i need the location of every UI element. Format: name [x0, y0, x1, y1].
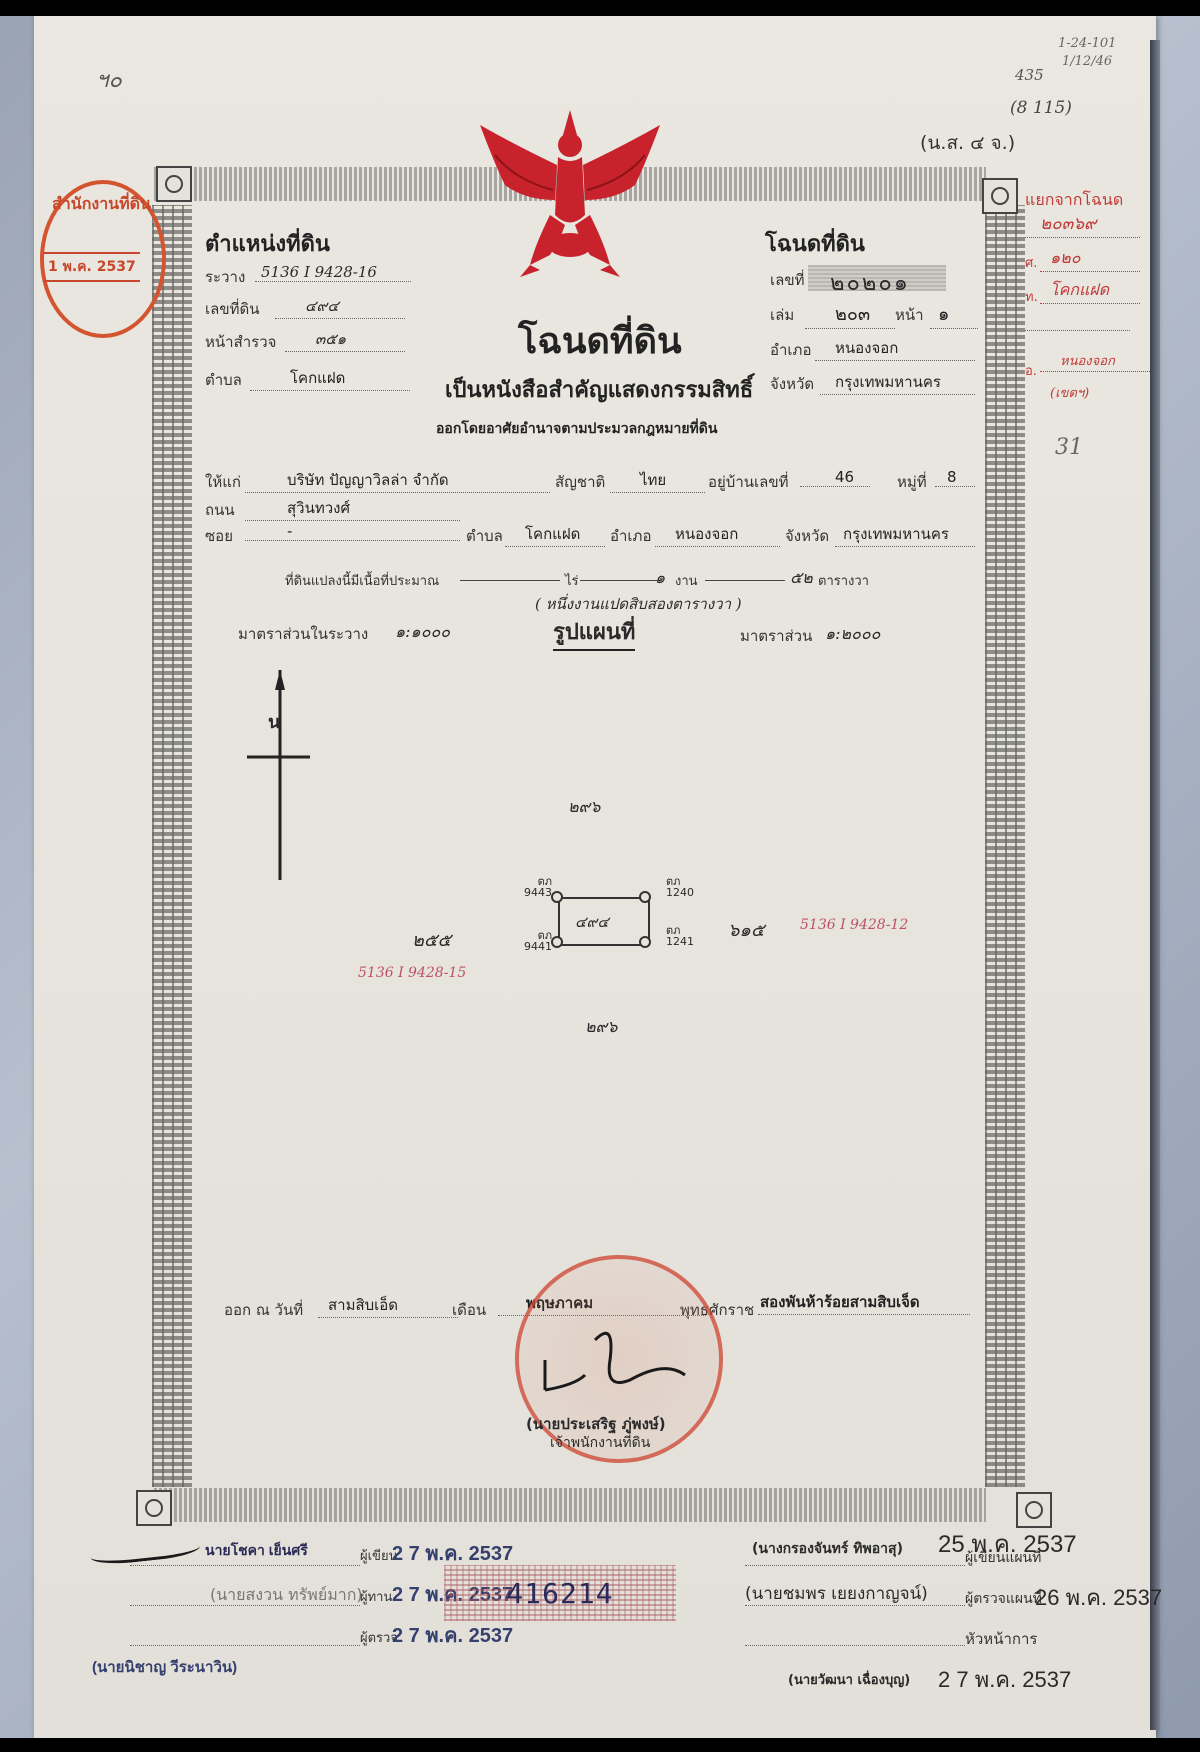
map-inspector-line	[745, 1605, 965, 1606]
stamp-top-text: สำนักงานที่ดิน	[52, 192, 151, 217]
top-right-note-1: 1-24-101	[1058, 36, 1116, 51]
sheet-scale-value: ๑:๑๐๐๐	[395, 620, 450, 645]
reviewer-line	[130, 1605, 360, 1606]
grant-to-label: ให้แก่	[205, 470, 241, 494]
land-position-heading: ตำแหน่งที่ดิน	[205, 226, 330, 261]
soi-value: -	[245, 522, 460, 541]
map-inspector-role: ผู้ตรวจแผนที่	[965, 1588, 1042, 1610]
field-label-survey-page: หน้าสำรวจ	[205, 330, 276, 354]
rai-label: ไร่	[565, 570, 579, 591]
tambon-label: ตำบล	[466, 524, 503, 548]
province-label: จังหวัด	[770, 372, 814, 396]
house-no-label: อยู่บ้านเลขที่	[708, 470, 788, 494]
north-arrow-icon	[245, 665, 315, 885]
road-label: ถนน	[205, 498, 235, 522]
ngan-label: งาน	[675, 570, 698, 591]
province-owner-value: กรุงเทพมหานคร	[835, 522, 975, 547]
corner-ornament-icon	[156, 166, 192, 202]
deed-no-label: เลขที่	[770, 268, 804, 292]
amphoe-owner-label: อำเภอ	[610, 524, 651, 548]
amphoe-label: อำเภอ	[770, 338, 811, 362]
ref-west: 5136 I 9428-15	[358, 965, 466, 981]
issued-under-law: ออกโดยอาศัยอำนาจตามประมวลกฎหมายที่ดิน	[436, 418, 717, 440]
boundary-pin-icon	[639, 891, 651, 903]
house-no-value: 46	[800, 468, 870, 487]
issued-on-label: ออก ณ วันที่	[224, 1298, 303, 1322]
volume-label: เล่ม	[770, 303, 794, 327]
split-from-label-2: ท.	[1025, 286, 1038, 307]
ref-east: 5136 I 9428-12	[800, 917, 908, 933]
boundary-pin-icon	[639, 936, 651, 948]
reviewer-role: ผู้ทาน	[360, 1586, 392, 1607]
map-scale-value: ๑:๒๐๐๐	[825, 622, 880, 647]
map-title: รูปแผนที่	[553, 614, 635, 651]
split-from-value-1: ๑๒๐	[1040, 246, 1140, 272]
map-scale-label: มาตราส่วน	[740, 624, 812, 648]
area-in-words: ( หนึ่งงานแปดสิบสองตารางวา )	[535, 592, 742, 616]
field-value-survey-page: ๓๕๑	[285, 327, 405, 352]
field-label-tambon: ตำบล	[205, 368, 242, 392]
parcel-number: ๔๙๔	[575, 910, 609, 934]
amphoe-value: หนองจอก	[815, 336, 975, 361]
page-value: ๑	[930, 299, 978, 329]
ngan-value: ๑	[655, 566, 665, 591]
chief-line	[745, 1645, 965, 1646]
amphoe-owner-value: หนองจอก	[655, 522, 780, 547]
nationality-label: สัญชาติ	[555, 470, 605, 494]
pin-label-ne: ตภ1240	[666, 876, 694, 898]
split-from-label-4: อ.	[1025, 360, 1037, 381]
nationality-value: ไทย	[610, 468, 705, 493]
border-right-pattern	[985, 205, 1025, 1487]
split-from-deed-no: ๒๐๓๖๙	[1025, 210, 1140, 238]
boundary-pin-icon	[551, 891, 563, 903]
neighbor-north: ๒๙๖	[568, 795, 600, 820]
document-title: โฉนดที่ดิน	[518, 312, 682, 369]
land-office-stamp: สำนักงานที่ดิน 1 พ.ค. 2537	[40, 180, 166, 338]
pin-label-nw: ตภ9443	[524, 876, 552, 898]
wa-value: ๕๒	[790, 566, 813, 591]
neighbor-south: ๒๙๖	[585, 1015, 617, 1040]
top-right-number: 435	[1015, 66, 1044, 84]
field-label-sheet: ระวาง	[205, 265, 245, 289]
issue-day: สามสิบเอ็ด	[318, 1293, 458, 1318]
writer-line	[130, 1565, 360, 1566]
boundary-pin-icon	[551, 936, 563, 948]
paper-shadow-edge	[1150, 40, 1160, 1730]
top-right-note-2: 1/12/46	[1062, 54, 1112, 69]
officer-title: เจ้าพนักงานที่ดิน	[550, 1432, 650, 1454]
deed-heading: โฉนดที่ดิน	[765, 226, 865, 261]
map-inspector-name: (นายชมพร เยยงกาญจน์)	[745, 1580, 928, 1607]
road-value: สุวินทวงศ์	[245, 496, 460, 521]
garuda-emblem-icon	[475, 105, 665, 280]
split-from-value-4: หนองจอก	[1040, 350, 1150, 372]
province-value: กรุงเทพมหานคร	[820, 370, 975, 395]
document-subtitle: เป็นหนังสือสำคัญแสดงกรรมสิทธิ์	[445, 372, 753, 407]
corner-ornament-icon	[136, 1490, 172, 1526]
stamp-date: 1 พ.ค. 2537	[44, 252, 140, 282]
split-from-value-5: (เขตฯ)	[1050, 382, 1089, 403]
map-writer-name: (นางกรองจันทร์ ทิพอาสุ)	[752, 1538, 903, 1560]
field-label-parcel-no: เลขที่ดิน	[205, 297, 259, 321]
field-value-sheet: 5136 I 9428-16	[255, 263, 411, 282]
issue-year: สองพันห้าร้อยสามสิบเจ็ด	[758, 1290, 970, 1315]
area-prefix: ที่ดินแปลงนี้มีเนื้อที่ประมาณ	[285, 570, 439, 591]
map-writer-role: ผู้เขียนแผนที่	[965, 1547, 1041, 1569]
north-label: น	[268, 707, 280, 736]
top-left-note: ฯ๐	[96, 62, 122, 97]
province-owner-label: จังหวัด	[785, 524, 829, 548]
corner-ornament-icon	[982, 178, 1018, 214]
split-from-value-2: โคกแฝด	[1040, 278, 1140, 304]
inspector-line	[130, 1645, 360, 1646]
officer-signature	[535, 1320, 715, 1400]
form-code: (น.ส. ๔ จ.)	[920, 128, 1015, 158]
deed-no-value: ๒๐๒๐๑	[808, 265, 946, 291]
rai-line	[460, 580, 560, 581]
moo-value: 8	[935, 468, 975, 487]
grant-to-value: บริษัท ปัญญาวิลล่า จำกัด	[245, 468, 550, 493]
border-left-pattern	[152, 205, 192, 1487]
inspector-date: 2 7 พ.ค. 2537	[392, 1619, 513, 1651]
page-label: หน้า	[895, 303, 924, 327]
border-bottom-pattern	[154, 1488, 986, 1522]
moo-label: หมู่ที่	[897, 470, 927, 494]
chief-role: หัวหน้าการ	[965, 1627, 1037, 1651]
map-inspector-date: 26 พ.ค. 2537	[1035, 1580, 1162, 1615]
serial-number: 416214	[444, 1565, 676, 1621]
pin-label-se: ตภ1241	[666, 925, 694, 947]
map-writer-line	[745, 1565, 965, 1566]
wa-label: ตารางวา	[818, 570, 869, 591]
volume-value: ๒๐๓	[805, 299, 895, 329]
wa-line	[705, 580, 785, 581]
chief-name: (นายวัฒนา เฉื่องบุญ)	[788, 1669, 910, 1690]
writer-name: นายโชคา เย็นศรี	[205, 1540, 308, 1562]
split-from-label-1: ศ.	[1025, 252, 1037, 273]
pin-label-sw: ตภ9441	[524, 930, 552, 952]
inspector-name: (นายนิชาญ วีระนาวิน)	[92, 1655, 237, 1679]
split-from-blank-line	[1025, 330, 1130, 331]
field-value-parcel-no: ๔๙๔	[275, 294, 405, 319]
field-value-tambon: โคกแฝด	[250, 366, 410, 391]
sheet-scale-label: มาตราส่วนในระวาง	[238, 622, 368, 646]
margin-number: 31	[1055, 435, 1083, 460]
neighbor-east: ๖๑๕	[728, 915, 764, 944]
tambon-value: โคกแฝด	[505, 522, 605, 547]
soi-label: ซอย	[205, 524, 233, 548]
top-right-code: (8 115)	[1010, 98, 1072, 118]
corner-ornament-icon	[1016, 1492, 1052, 1528]
ngan-line	[580, 580, 660, 581]
chief-date: 2 7 พ.ค. 2537	[938, 1662, 1071, 1697]
month-label: เดือน	[452, 1298, 486, 1322]
neighbor-west: ๒๕๕	[412, 925, 451, 954]
